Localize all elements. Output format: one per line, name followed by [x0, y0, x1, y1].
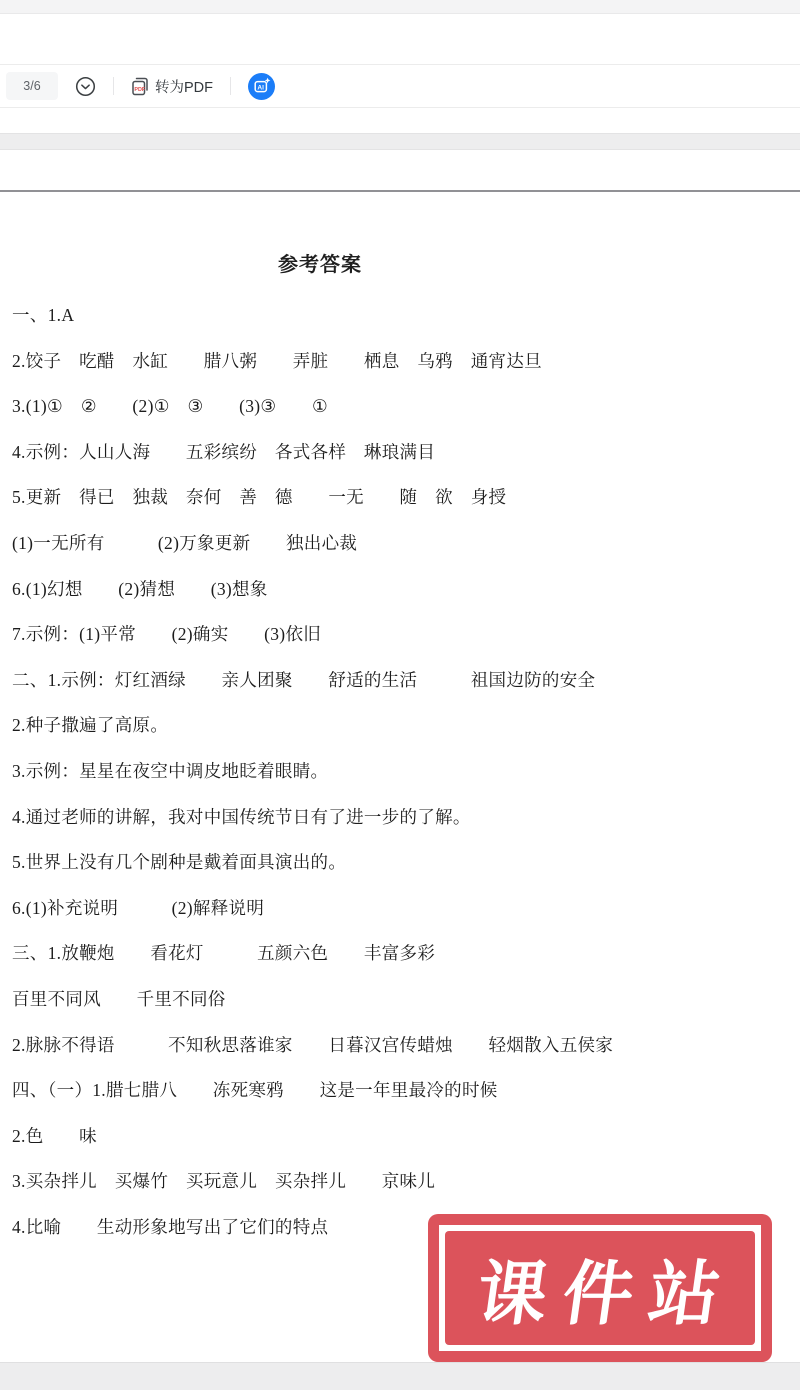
answer-line: 三、1.放鞭炮 看花灯 五颜六色 丰富多彩 — [12, 931, 800, 977]
convert-pdf-label: 转为PDF — [155, 76, 213, 97]
page-dropdown-button[interactable] — [74, 75, 96, 97]
answer-line: 6.(1)幻想 (2)猜想 (3)想象 — [12, 567, 800, 613]
document-page: 参考答案 一、1.A2.饺子 吃醋 水缸 腊八粥 弄脏 栖息 乌鸦 通宵达旦3.… — [0, 192, 800, 1362]
answer-line: 7.示例：(1)平常 (2)确实 (3)依旧 — [12, 612, 800, 658]
answer-line: 4.示例：人山人海 五彩缤纷 各式各样 琳琅满目 — [12, 430, 800, 476]
watermark-text: 课件站 — [457, 1238, 743, 1339]
answer-line: 2.饺子 吃醋 水缸 腊八粥 弄脏 栖息 乌鸦 通宵达旦 — [12, 339, 800, 385]
answer-line: 4.通过老师的讲解，我对中国传统节日有了进一步的了解。 — [12, 795, 800, 841]
answer-lines: 一、1.A2.饺子 吃醋 水缸 腊八粥 弄脏 栖息 乌鸦 通宵达旦3.(1)① … — [0, 293, 800, 1250]
document-title: 参考答案 — [0, 248, 640, 277]
answer-line: 百里不同风 千里不同俗 — [12, 977, 800, 1023]
ai-assistant-button[interactable]: AI — [248, 73, 275, 100]
chevron-down-circle-icon — [75, 76, 96, 97]
answer-line: 3.示例：星星在夜空中调皮地眨着眼睛。 — [12, 749, 800, 795]
watermark-stamp: 课件站 — [428, 1214, 772, 1362]
toolbar: 3/6 PDF 转为PDF — [0, 64, 800, 108]
answer-line: 二、1.示例：灯红酒绿 亲人团聚 舒适的生活 祖国边防的安全 — [12, 658, 800, 704]
toolbar-divider — [230, 77, 231, 95]
page-indicator-text: 3/6 — [23, 79, 40, 93]
answer-line: 2.色 味 — [12, 1114, 800, 1160]
answer-line: (1)一无所有 (2)万象更新 独出心裁 — [12, 521, 800, 567]
convert-pdf-button[interactable]: PDF 转为PDF — [131, 76, 213, 97]
answer-line: 5.世界上没有几个剧种是戴着面具演出的。 — [12, 840, 800, 886]
ai-sparkle-icon: AI — [248, 73, 275, 100]
svg-text:PDF: PDF — [134, 87, 145, 93]
bottom-strip — [0, 1362, 800, 1390]
answer-line: 一、1.A — [12, 293, 800, 339]
page-indicator[interactable]: 3/6 — [6, 72, 58, 100]
answer-line: 3.(1)① ② (2)① ③ (3)③ ① — [12, 384, 800, 430]
answer-line: 2.脉脉不得语 不知秋思落谁家 日暮汉宫传蜡烛 轻烟散入五侯家 — [12, 1023, 800, 1069]
pages-gap-band — [0, 133, 800, 150]
answer-line: 四、（一）1.腊七腊八 冻死寒鸦 这是一年里最冷的时候 — [12, 1068, 800, 1114]
answer-line: 6.(1)补充说明 (2)解释说明 — [12, 886, 800, 932]
pdf-file-icon: PDF — [131, 77, 149, 96]
answer-line: 3.买杂拌儿 买爆竹 买玩意儿 买杂拌儿 京味儿 — [12, 1159, 800, 1205]
watermark-stamp-fill: 课件站 — [445, 1231, 755, 1345]
top-strip — [0, 0, 800, 14]
svg-text:AI: AI — [257, 84, 264, 91]
toolbar-divider — [113, 77, 114, 95]
answer-line: 5.更新 得已 独裁 奈何 善 德 一无 随 欲 身授 — [12, 475, 800, 521]
answer-line: 2.种子撒遍了高原。 — [12, 703, 800, 749]
